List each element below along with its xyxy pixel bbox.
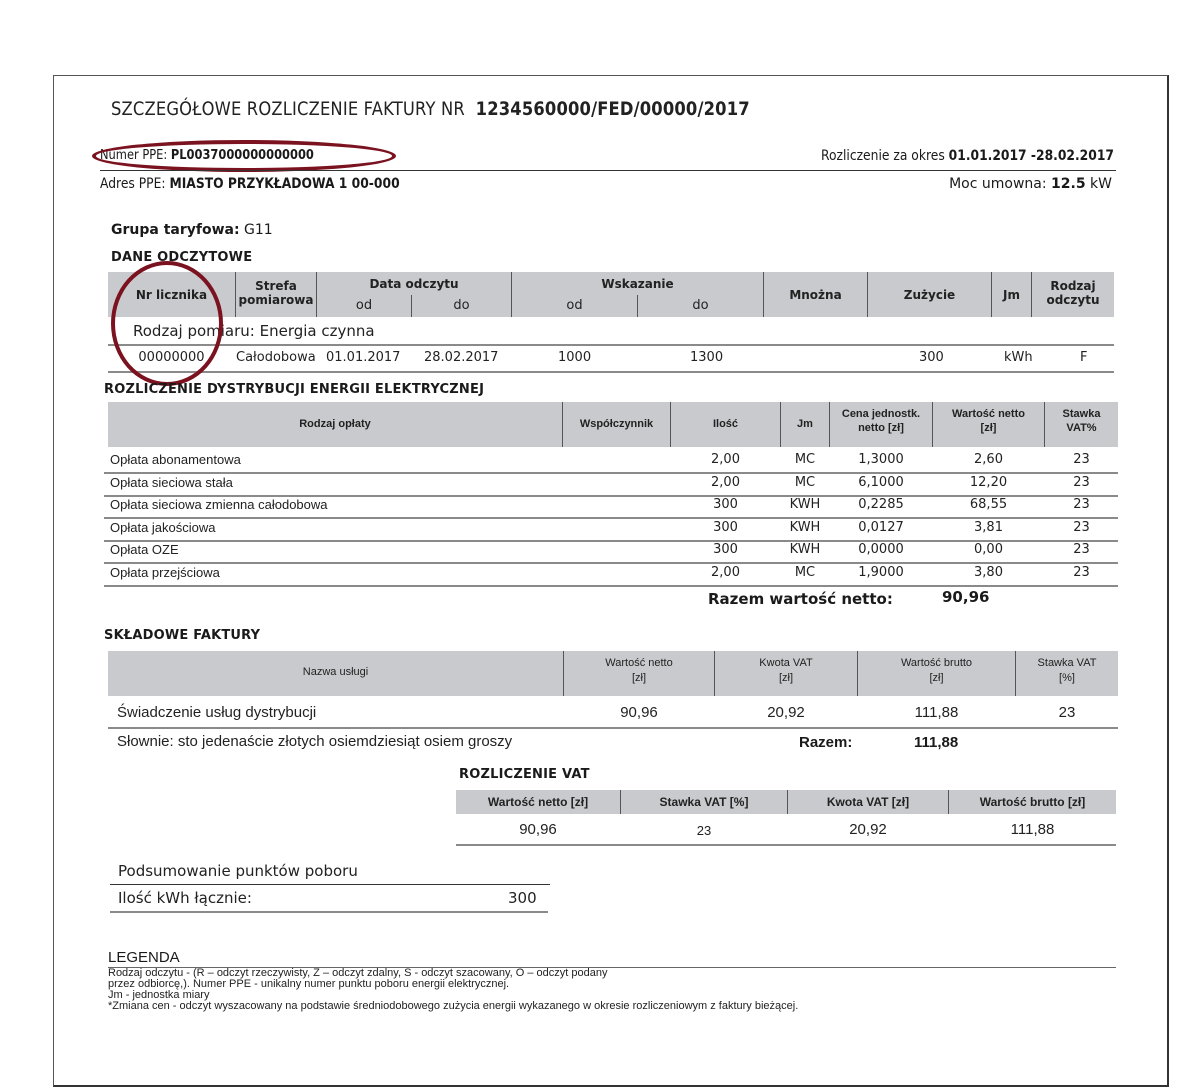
header-indication: Wskazanie [512,277,763,291]
components-section-title: SKŁADOWE FAKTURY [104,628,260,643]
header-gross-2: [zł] [858,671,1015,685]
legend-line: przez odbiorcę,). Numer PPE - unikalny n… [108,979,798,990]
cell-vat-rate: 23 [621,823,787,838]
header-vat-net: Wartość netto [zł] [456,795,620,809]
components-total-label: Razem: [799,734,852,751]
header-unit-price-2: netto [zł] [830,421,932,435]
header-vat-amount-2: [zł] [715,671,857,685]
cell-unit: MC [781,565,829,580]
header-zone-1: Strefa [236,279,316,293]
title-prefix: SZCZEGÓŁOWE ROZLICZENIE FAKTURY NR [111,98,465,120]
cell-unit-price: 0,0000 [830,542,932,557]
header-vat-amount-1: Kwota VAT [715,656,857,670]
header-rate-1: Stawka VAT [1016,656,1118,670]
cell-unit: KWH [781,542,829,557]
header-date-from: od [317,298,411,313]
cell-vat: 23 [1045,497,1118,512]
cell-unit: MC [781,452,829,467]
cell-fee: Opłata OZE [110,542,179,557]
header-net-1: Wartość netto [564,656,714,670]
header-fee-type: Rodzaj opłaty [108,417,562,431]
ppe-address: Adres PPE: MIASTO PRZYKŁADOWA 1 00-000 [100,176,400,192]
cell-vat: 23 [1045,520,1118,535]
row-divider [108,344,1114,346]
cell-quantity: 300 [671,542,780,557]
ppe-label: Numer PPE: [100,148,167,163]
cell-meter-no: 00000000 [108,350,235,365]
cell-vat: 23 [1045,542,1118,557]
period-value: 01.01.2017 -28.02.2017 [949,148,1114,164]
billing-period: Rozliczenie za okres 01.01.2017 -28.02.2… [821,148,1114,164]
header-net-2: [zł] [564,671,714,685]
row-divider [108,371,1114,373]
cell-vat: 23 [1045,475,1118,490]
tariff-value: G11 [244,222,273,238]
cell-unit: KWH [781,520,829,535]
ppe-value: PL0037000000000000 [171,148,314,163]
row-divider [108,727,1118,729]
legend-title: LEGENDA [108,949,180,966]
cell-vat-amount: 20,92 [788,821,948,838]
cell-net: 68,55 [933,497,1044,512]
legend-line: *Zmiana cen - odczyt wyszacowany na pods… [108,1001,798,1012]
cell-vat-gross: 111,88 [949,821,1116,838]
cell-net: 90,96 [564,704,714,721]
power-label: Moc umowna: [949,176,1047,192]
readings-section-title: DANE ODCZYTOWE [111,250,252,265]
header-vat-rate: Stawka VAT [%] [621,795,787,809]
header-unit: Jm [781,417,829,431]
cell-quantity: 2,00 [671,452,780,467]
cell-service: Świadczenie usług dystrybucji [117,704,316,721]
period-label: Rozliczenie za okres [821,148,945,164]
header-indication-from: od [512,298,637,313]
cell-unit-price: 0,0127 [830,520,932,535]
header-service-name: Nazwa usługi [108,665,563,679]
distribution-total-value: 90,96 [942,588,989,606]
amount-in-words: Słownie: sto jedenaście złotych osiemdzi… [117,733,512,750]
address-value: MIASTO PRZYKŁADOWA 1 00-000 [169,176,399,192]
cell-net: 12,20 [933,475,1044,490]
contracted-power: Moc umowna: 12.5 kW [949,176,1112,192]
cell-fee: Opłata sieciowa stała [110,475,233,490]
cell-fee: Opłata sieciowa zmienna całodobowa [110,497,328,512]
cell-gross: 111,88 [858,704,1015,721]
header-vat-amount: Kwota VAT [zł] [788,795,948,809]
row-divider [456,844,1116,846]
cell-quantity: 300 [671,520,780,535]
header-gross-1: Wartość brutto [858,656,1015,670]
cell-vat-net: 90,96 [456,821,620,838]
cell-indication-from: 1000 [558,350,591,365]
cell-quantity: 300 [671,497,780,512]
invoice-number: 1234560000/FED/00000/2017 [476,98,750,120]
cell-unit-price: 6,1000 [830,475,932,490]
vat-section-title: ROZLICZENIE VAT [459,767,590,782]
total-kwh-label: Ilość kWh łącznie: [118,889,252,907]
cell-fee: Opłata jakościowa [110,520,216,535]
cell-net: 3,81 [933,520,1044,535]
cell-net: 3,80 [933,565,1044,580]
cell-fee: Opłata przejściowa [110,565,220,580]
cell-unit-price: 1,3000 [830,452,932,467]
header-reading-date: Data odczytu [317,277,511,291]
summary-divider [110,911,548,913]
row-divider [104,585,1118,587]
cell-unit: kWh [1004,350,1033,365]
tariff-group: Grupa taryfowa: G11 [111,222,273,238]
power-value: 12.5 [1051,176,1086,192]
cell-date-to: 28.02.2017 [424,350,498,365]
cell-unit-price: 0,2285 [830,497,932,512]
header-quantity: Ilość [671,417,780,431]
power-unit: kW [1090,176,1112,192]
tariff-label: Grupa taryfowa: [111,222,240,238]
cell-vat-amount: 20,92 [715,704,857,721]
cell-unit: KWH [781,497,829,512]
header-vat-rate-1: Stawka [1045,407,1118,421]
cell-unit: MC [781,475,829,490]
address-label: Adres PPE: [100,176,166,192]
cell-vat-rate: 23 [1016,704,1118,721]
legend-text: Rodzaj odczytu - (R – odczyt rzeczywisty… [108,968,798,1012]
header-reading-type-2: odczytu [1032,293,1114,307]
header-indication-to: do [638,298,763,313]
header-rate-2: [%] [1016,671,1118,685]
total-kwh-value: 300 [508,889,537,907]
cell-net: 0,00 [933,542,1044,557]
cell-unit-price: 1,9000 [830,565,932,580]
measurement-type: Rodzaj pomiaru: Energia czynna [133,322,375,340]
header-net-value-1: Wartość netto [933,407,1044,421]
header-zone-2: pomiarowa [236,293,316,307]
header-date-to: do [412,298,511,313]
header-meter-no: Nr licznika [108,288,235,302]
header-multiplier: Mnożna [764,288,867,302]
cell-vat: 23 [1045,452,1118,467]
cell-reading-type: F [1080,350,1087,365]
header-divider [100,170,1116,171]
header-unit-price-1: Cena jednostk. [830,407,932,421]
header-vat-gross: Wartość brutto [zł] [949,795,1116,809]
header-usage: Zużycie [868,288,991,302]
cell-indication-to: 1300 [690,350,723,365]
header-unit: Jm [992,288,1031,302]
points-summary-title: Podsumowanie punktów poboru [118,862,358,880]
cell-quantity: 2,00 [671,565,780,580]
header-vat-rate-2: VAT% [1045,421,1118,435]
cell-zone: Całodobowa [236,350,316,365]
cell-vat: 23 [1045,565,1118,580]
ppe-number: Numer PPE: PL0037000000000000 [100,148,314,163]
cell-usage: 300 [919,350,944,365]
cell-net: 2,60 [933,452,1044,467]
cell-fee: Opłata abonamentowa [110,452,241,467]
cell-date-from: 01.01.2017 [326,350,400,365]
distribution-total-label: Razem wartość netto: [708,590,893,608]
components-total-value: 111,88 [914,734,958,751]
header-net-value-2: [zł] [933,421,1044,435]
header-reading-type-1: Rodzaj [1032,279,1114,293]
distribution-section-title: ROZLICZENIE DYSTRYBUCJI ENERGII ELEKTRYC… [104,382,484,397]
header-coefficient: Współczynnik [563,417,670,431]
summary-divider [110,884,550,885]
page-title: SZCZEGÓŁOWE ROZLICZENIE FAKTURY NR 12345… [111,98,750,120]
cell-quantity: 2,00 [671,475,780,490]
